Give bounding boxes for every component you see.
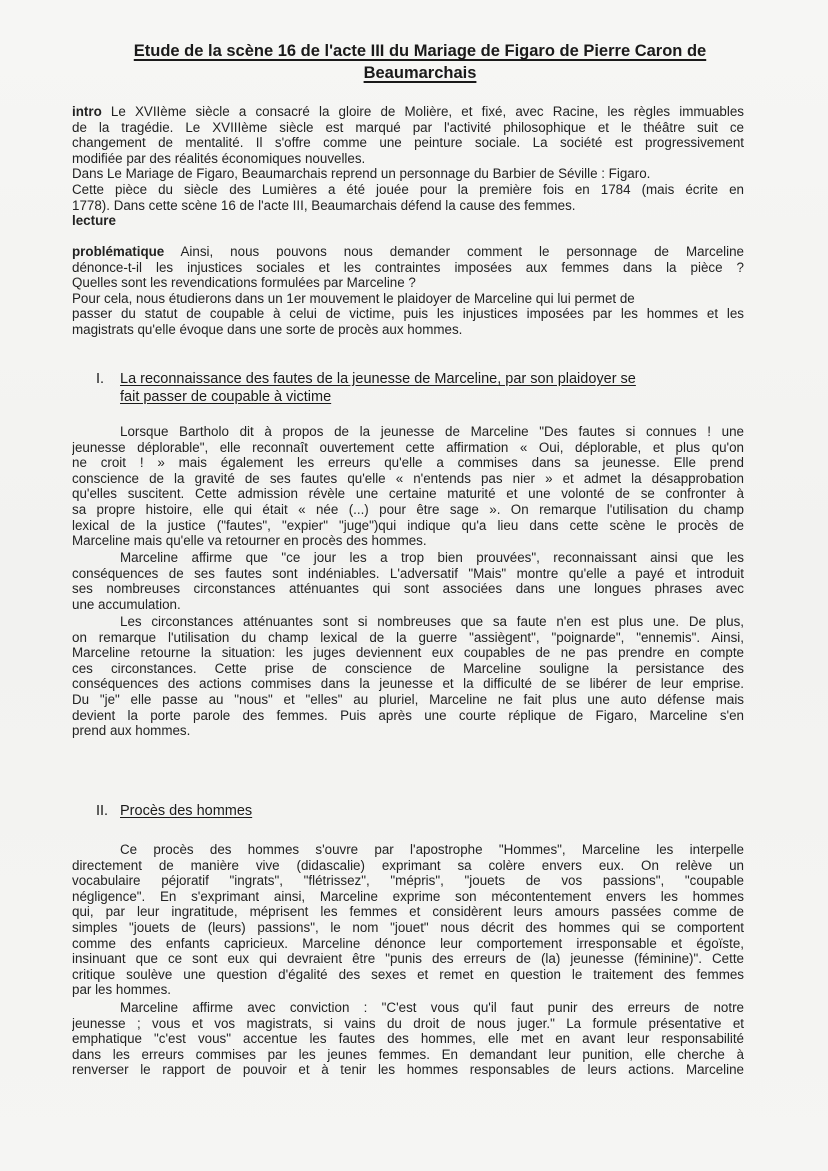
paragraph-line: conséquences de ses fautes sont indéniab… [72,566,744,582]
problematique-line: problématique Ainsi, nous pouvons nous d… [72,244,744,260]
intro-line: intro Le XVIIème siècle a consacré la gl… [72,104,744,120]
paragraph-line: négligence". En s'exprimant ainsi, Marce… [72,889,744,905]
problematique-line: dénonce-t-il les injustices sociales et … [72,260,744,276]
paragraph-line: Marceline mais qu'elle va retourner en p… [72,533,744,549]
paragraph-line: comme des enfants capricieux. Marceline … [72,936,744,952]
paragraph-line: Marceline affirme avec conviction : "C'e… [72,1000,744,1016]
paragraph-line: conséquences des actions commises dans l… [72,676,744,692]
intro-block: intro Le XVIIème siècle a consacré la gl… [72,104,744,229]
paragraph-line: Lorsque Bartholo dit à propos de la jeun… [72,424,744,440]
paragraph-line: ses nombreuses circonstances atténuantes… [72,581,744,597]
intro-line: de la tragédie. Le XVIIIème siècle est m… [72,120,744,136]
paragraph-line: ne croit ! » mais également les erreurs … [72,455,744,471]
paragraph-line: Marceline retourne la situation: les jug… [72,645,744,661]
paragraph-line: jeunesse déplorable", elle reconnaît ouv… [72,440,744,456]
title-line-2: Beaumarchais [364,64,477,82]
section-1-paragraph-2: Marceline affirme que "ce jour les a tro… [72,550,744,612]
intro-line: 1778). Dans cette scène 16 de l'acte III… [72,198,744,214]
paragraph-line: une accumulation. [72,597,744,613]
paragraph-line: ces circonstances. Cette prise de consci… [72,661,744,677]
paragraph-line: conscience de la gravité de ses fautes q… [72,471,744,487]
section-1-title-line-1: La reconnaissance des fautes de la jeune… [120,370,746,388]
paragraph-line: renverser le rapport de pouvoir et à ten… [72,1062,744,1078]
section-2-paragraph-2: Marceline affirme avec conviction : "C'e… [72,1000,744,1078]
paragraph-line: Marceline affirme que "ce jour les a tro… [72,550,744,566]
problematique-line: passer du statut de coupable à celui de … [72,306,744,322]
paragraph-line: jeunesse ; vous et vos magistrats, si va… [72,1016,744,1032]
document-page: Etude de la scène 16 de l'acte III du Ma… [0,0,828,1171]
paragraph-line: prend aux hommes. [72,723,744,739]
intro-line: changement de mentalité. Il s'offre comm… [72,135,744,151]
intro-line: modifiée par des réalités économiques no… [72,151,744,167]
paragraph-line: qui, par leur ingratitude, méprisent les… [72,904,744,920]
paragraph-line: vocabulaire péjoratif "ingrats", "flétri… [72,873,744,889]
paragraph-line: Les circonstances atténuantes sont si no… [72,614,744,630]
document-title: Etude de la scène 16 de l'acte III du Ma… [80,40,760,84]
paragraph-line: devient la porte parole des femmes. Puis… [72,708,744,724]
section-1-paragraph-3: Les circonstances atténuantes sont si no… [72,614,744,739]
intro-line: Cette pièce du siècle des Lumières a été… [72,182,744,198]
paragraph-line: Ce procès des hommes s'ouvre par l'apost… [72,842,744,858]
section-2-number: II. [96,802,108,820]
problematique-block: problématique Ainsi, nous pouvons nous d… [72,244,744,338]
problematique-label: problématique [72,244,164,259]
paragraph-line: critique soulève une question d'égalité … [72,967,744,983]
paragraph-line: lexical de la justice ("fautes", "expier… [72,518,744,534]
paragraph-line: qu'elles suscitent. Cette admission révè… [72,486,744,502]
section-1-title-line-2: fait passer de coupable à victime [120,388,746,406]
section-1-paragraph-1: Lorsque Bartholo dit à propos de la jeun… [72,424,744,549]
section-1-heading: I. La reconnaissance des fautes de la je… [96,370,746,406]
section-1-number: I. [96,370,104,388]
paragraph-line: sa propre histoire, elle qui était « née… [72,502,744,518]
lecture-label: lecture [72,213,744,229]
title-line-1: Etude de la scène 16 de l'acte III du Ma… [134,42,706,60]
paragraph-line: directement de manière vive (didascalie)… [72,858,744,874]
intro-line: Dans Le Mariage de Figaro, Beaumarchais … [72,166,744,182]
paragraph-line: simples "jouets de (leurs) passions", le… [72,920,744,936]
paragraph-line: emphatique "c'est vous" accentue les fau… [72,1031,744,1047]
intro-label: intro [72,104,102,119]
paragraph-line: par les hommes. [72,982,744,998]
problematique-line: magistrats qu'elle évoque dans une sorte… [72,322,744,338]
problematique-line: Pour cela, nous étudierons dans un 1er m… [72,291,744,307]
section-2-paragraph-1: Ce procès des hommes s'ouvre par l'apost… [72,842,744,998]
paragraph-line: Du "je" elle passe au "nous" et "elles" … [72,692,744,708]
problematique-line: Quelles sont les revendications formulée… [72,275,744,291]
paragraph-line: on remarque l'utilisation du champ lexic… [72,630,744,646]
paragraph-line: dans les erreurs commises par les jeunes… [72,1047,744,1063]
paragraph-line: insinuant que ce sont eux qui devraient … [72,951,744,967]
section-2-heading: II. Procès des hommes [96,802,746,820]
section-2-title: Procès des hommes [120,802,746,820]
